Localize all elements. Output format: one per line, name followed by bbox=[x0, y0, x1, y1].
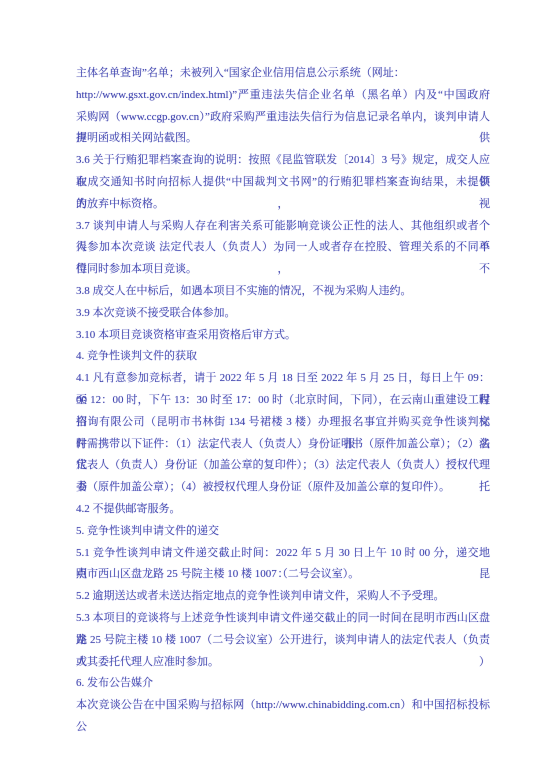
document-line: 3.8 成交人在中标后，如遇本项目不实施的情况，不视为采购人违约。 bbox=[76, 281, 490, 303]
document-line: 4.1 凡有意参加竞标者，请于 2022 年 5 月 18 日至 2022 年 … bbox=[76, 368, 490, 390]
document-line: 4. 竞争性谈判文件的获取 bbox=[76, 346, 490, 368]
document-line: 5.3 本项目的竞谈将与上述竞争性谈判申请文件递交截止的同一时间在昆明市西山区盘… bbox=[76, 608, 490, 630]
document-line: 4.2 不提供邮寄服务。 bbox=[76, 499, 490, 521]
document-line: 取成交通知书时向招标人提供“中国裁判文书网”的行贿犯罪档案查询结果，未提供的，视 bbox=[76, 172, 490, 194]
document-line: 5.1 竞争性谈判申请文件递交截止时间：2022 年 5 月 30 日上午 10… bbox=[76, 543, 490, 565]
document-page: 主体名单查询”名单；未被列入“国家企业信用信息公示系统（网址：http://ww… bbox=[0, 0, 554, 783]
document-line: 采购网（www.ccgp.gov.cn）”政府采购严重违法失信行为信息记录名单内… bbox=[76, 107, 490, 129]
document-line: 3.9 本次竞谈不接受联合体参加。 bbox=[76, 303, 490, 325]
document-line: 书（原件加盖公章）；（4）被授权代理人身份证（原件及加盖公章的复印件）。 bbox=[76, 477, 490, 499]
document-line: 主体名单查询”名单；未被列入“国家企业信用信息公示系统（网址： bbox=[76, 63, 490, 85]
document-line: 本次竞谈公告在中国采购与招标网（http://www.chinabidding.… bbox=[76, 695, 490, 717]
document-text: 主体名单查询”名单；未被列入“国家企业信用信息公示系统（网址：http://ww… bbox=[76, 63, 490, 717]
document-line: 3.10 本项目竞谈资格审查采用资格后审方式。 bbox=[76, 325, 490, 347]
document-line: 5. 竞争性谈判申请文件的递交 bbox=[76, 521, 490, 543]
document-line: 至 12：00 时，下午 13：30 时至 17：00 时（北京时间，下同），在… bbox=[76, 390, 490, 412]
document-line: 3.7 谈判申请人与采购人存在利害关系可能影响竞谈公正性的法人、其他组织或者个人… bbox=[76, 216, 490, 238]
document-line: 时需携带以下证件：（1）法定代表人（负责人）身份证明书（原件加盖公章）；（2）法… bbox=[76, 434, 490, 456]
document-line: 5.2 逾期送达或者未送达指定地点的竞争性谈判申请文件，采购人不予受理。 bbox=[76, 586, 490, 608]
document-line: 3.6 关于行贿犯罪档案查询的说明：按照《昆监管联发〔2014〕3 号》规定，成… bbox=[76, 150, 490, 172]
document-line: 得参加本次竞谈 法定代表人（负责人）为同一人或者存在控股、管理关系的不同单位，不 bbox=[76, 237, 490, 259]
document-line: 代表人（负责人）身份证（加盖公章的复印件）；（3）法定代表人（负责人）授权代理委… bbox=[76, 455, 490, 477]
document-line: 6. 发布公告媒介 bbox=[76, 673, 490, 695]
document-line: 路 25 号院主楼 10 楼 1007（二号会议室）公开进行，谈判申请人的法定代… bbox=[76, 630, 490, 652]
document-line: http://www.gsxt.gov.cn/index.html)”严重违法失… bbox=[76, 85, 490, 107]
document-line: 咨询有限公司（昆明市书林街 134 号裙楼 3 楼）办理报名事宜并购买竞争性谈判… bbox=[76, 412, 490, 434]
